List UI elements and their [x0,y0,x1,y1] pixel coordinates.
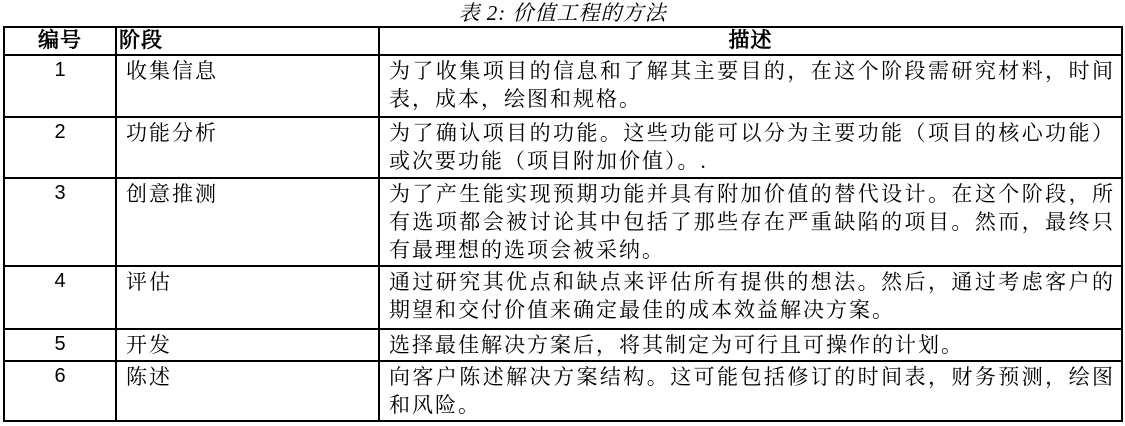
stage-cell: 功能分析 [116,117,379,178]
row-number-cell: 5 [4,329,116,361]
description-cell: 为了产生能实现预期功能并具有附加价值的替代设计。在这个阶段，所有选项都会被讨论其… [379,178,1122,266]
table-row: 4 评估 通过研究其优点和缺点来评估所有提供的想法。然后，通过考虑客户的期望和交… [4,266,1122,329]
table-row: 5 开发 选择最佳解决方案后，将其制定为可行且可操作的计划。 [4,329,1122,361]
column-header-description: 描述 [379,27,1122,55]
row-number-cell: 3 [4,178,116,266]
stage-cell: 创意推测 [116,178,379,266]
description-cell: 为了收集项目的信息和了解其主要目的，在这个阶段需研究材料，时间表，成本，绘图和规… [379,55,1122,117]
table-caption: 表 2: 价值工程的方法 [0,0,1125,26]
document-page: 表 2: 价值工程的方法 编号 阶段 描述 1 收集信息 为了收集项目的信息和了… [0,0,1125,426]
row-number-cell: 1 [4,55,116,117]
description-cell: 选择最佳解决方案后，将其制定为可行且可操作的计划。 [379,329,1122,361]
stage-cell: 陈述 [116,361,379,421]
row-number-cell: 2 [4,117,116,178]
table-row: 3 创意推测 为了产生能实现预期功能并具有附加价值的替代设计。在这个阶段，所有选… [4,178,1122,266]
table-row: 2 功能分析 为了确认项目的功能。这些功能可以分为主要功能（项目的核心功能）或次… [4,117,1122,178]
description-cell: 为了确认项目的功能。这些功能可以分为主要功能（项目的核心功能）或次要功能（项目附… [379,117,1122,178]
table-row: 6 陈述 向客户陈述解决方案结构。这可能包括修订的时间表，财务预测，绘图和风险。 [4,361,1122,421]
stage-cell: 评估 [116,266,379,329]
description-cell: 通过研究其优点和缺点来评估所有提供的想法。然后，通过考虑客户的期望和交付价值来确… [379,266,1122,329]
row-number-cell: 4 [4,266,116,329]
stage-cell: 开发 [116,329,379,361]
row-number-cell: 6 [4,361,116,421]
column-header-number: 编号 [4,27,116,55]
stage-cell: 收集信息 [116,55,379,117]
column-header-stage: 阶段 [116,27,379,55]
header-row: 编号 阶段 描述 [4,27,1122,55]
table-row: 1 收集信息 为了收集项目的信息和了解其主要目的，在这个阶段需研究材料，时间表，… [4,55,1122,117]
value-engineering-table: 编号 阶段 描述 1 收集信息 为了收集项目的信息和了解其主要目的，在这个阶段需… [3,26,1123,422]
description-cell: 向客户陈述解决方案结构。这可能包括修订的时间表，财务预测，绘图和风险。 [379,361,1122,421]
